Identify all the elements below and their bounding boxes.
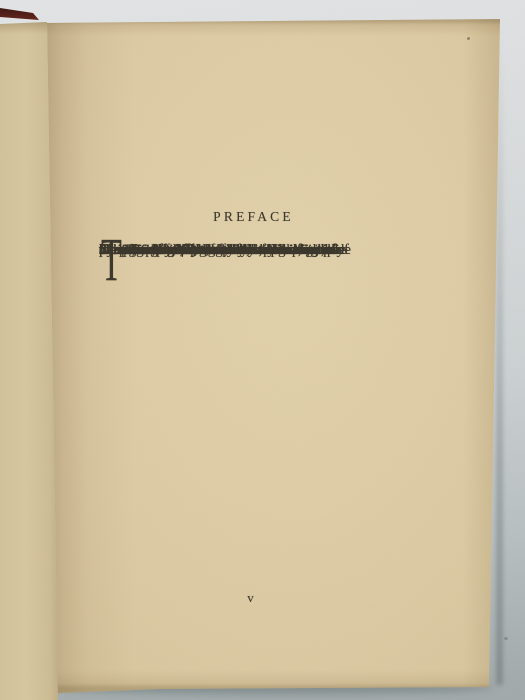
drop-cap: T — [101, 230, 122, 291]
dust-speck — [467, 37, 470, 40]
page-number: v — [104, 591, 397, 605]
printed-text-layer: PREFACE THIS book is the third in a tril… — [0, 0, 525, 700]
page-heading: PREFACE — [107, 210, 400, 224]
book-photo: PREFACE THIS book is the third in a tril… — [0, 0, 525, 700]
dust-speck — [504, 637, 508, 640]
